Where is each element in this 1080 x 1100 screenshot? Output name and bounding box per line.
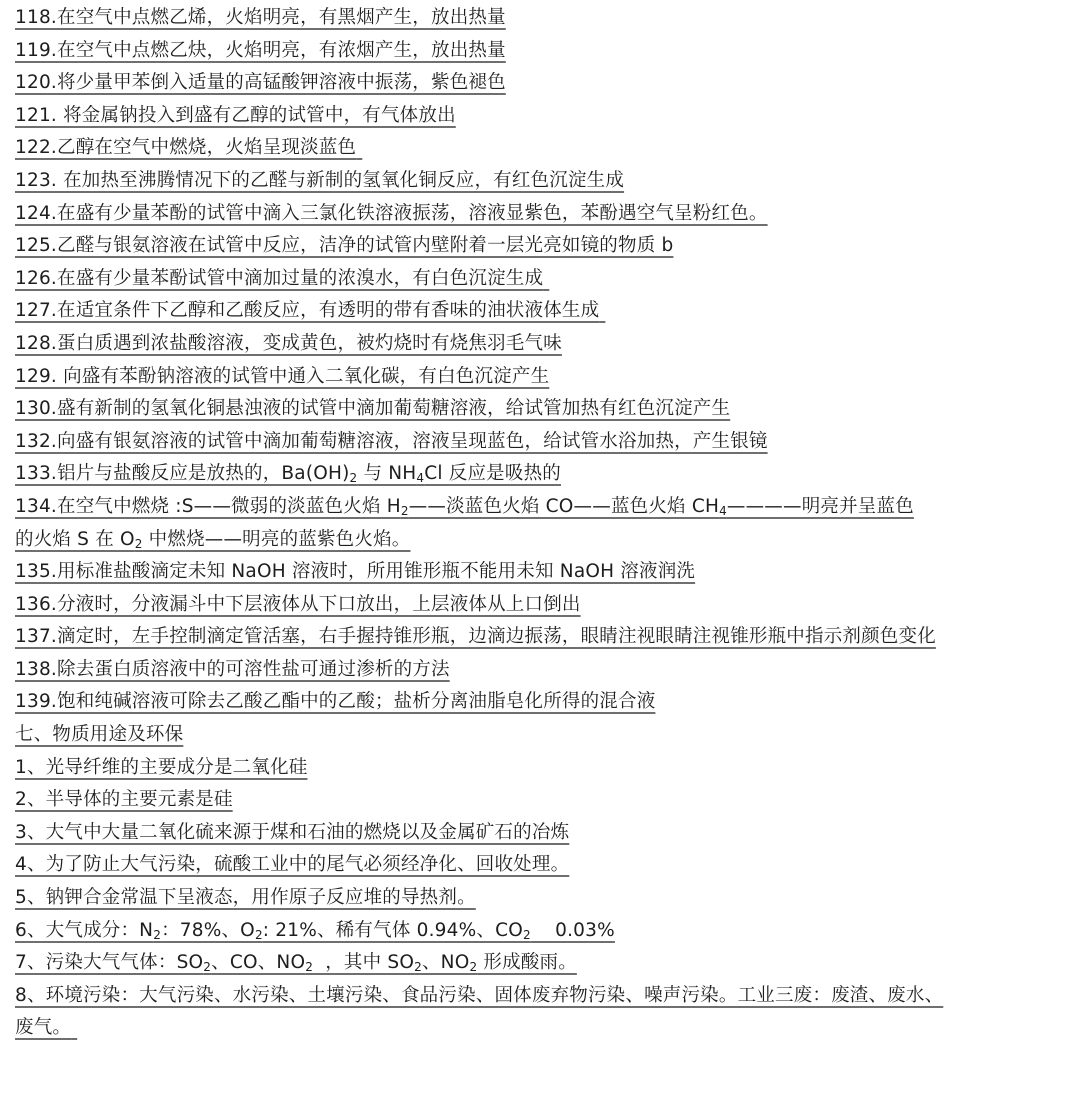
item-text: 124.在盛有少量苯酚的试管中滴入三氯化铁溶液振荡，溶液显紫色，苯酚遇空气呈粉红… — [15, 203, 768, 224]
section-title-text: 七、物质用途及环保 — [15, 724, 183, 745]
item-text: 139.饱和纯碱溶液可除去乙酸乙酯中的乙酸；盐析分离油脂皂化所得的混合液 — [15, 691, 655, 712]
item-text: 的火焰 S 在 O2 中燃烧——明亮的蓝紫色火焰。 — [15, 529, 410, 550]
item-125: 125.乙醛与银氨溶液在试管中反应，洁净的试管内壁附着一层光亮如镜的物质 b — [15, 230, 1065, 263]
item-text: 136.分液时，分液漏斗中下层液体从下口放出，上层液体从上口倒出 — [15, 594, 581, 615]
item-120: 120.将少量甲苯倒入适量的高锰酸钾溶液中振荡，紫色褪色 — [15, 67, 1065, 100]
underline-pad — [71, 1012, 89, 1045]
item-text: 4、为了防止大气污染，硫酸工业中的尾气必须经净化、回收处理。 — [15, 854, 569, 875]
item-text: 1、光导纤维的主要成分是二氧化硅 — [15, 757, 307, 778]
item-text: 123. 在加热至沸腾情况下的乙醛与新制的氢氧化铜反应，有红色沉淀生成 — [15, 170, 624, 191]
item-text: 127.在适宜条件下乙醇和乙酸反应，有透明的带有香味的油状液体生成 — [15, 300, 599, 321]
item-text: 130.盛有新制的氢氧化铜悬浊液的试管中滴加葡萄糖溶液，给试管加热有红色沉淀产生 — [15, 398, 730, 419]
section-item-7: 7、污染大气气体：SO2、CO、NO2 ，其中 SO2、NO2 形成酸雨。 — [15, 947, 1065, 980]
item-text: 8、环境污染：大气污染、水污染、土壤污染、食品污染、固体废弃物污染、噪声污染。工… — [15, 985, 943, 1006]
item-124: 124.在盛有少量苯酚的试管中滴入三氯化铁溶液振荡，溶液显紫色，苯酚遇空气呈粉红… — [15, 198, 1065, 231]
item-134-continued: 的火焰 S 在 O2 中燃烧——明亮的蓝紫色火焰。 — [15, 524, 1065, 557]
underline-pad — [356, 132, 370, 165]
subscript: 2 — [255, 928, 263, 942]
item-137: 137.滴定时，左手控制滴定管活塞，右手握持锥形瓶，边滴边振荡，眼睛注视眼睛注视… — [15, 621, 1065, 654]
item-118: 118.在空气中点燃乙烯，火焰明亮，有黑烟产生，放出热量 — [15, 2, 1065, 35]
subscript: 4 — [719, 504, 727, 518]
item-119: 119.在空气中点燃乙炔，火焰明亮，有浓烟产生，放出热量 — [15, 35, 1065, 68]
item-text: 120.将少量甲苯倒入适量的高锰酸钾溶液中振荡，紫色褪色 — [15, 72, 506, 93]
item-132: 132.向盛有银氨溶液的试管中滴加葡萄糖溶液，溶液呈现蓝色，给试管水浴加热，产生… — [15, 426, 1065, 459]
item-text: 121. 将金属钠投入到盛有乙醇的试管中，有气体放出 — [15, 105, 456, 126]
section-item-8-continued: 废气。 — [15, 1012, 1065, 1045]
item-133: 133.铝片与盐酸反应是放热的，Ba(OH)2 与 NH4Cl 反应是吸热的 — [15, 458, 1065, 491]
section-item-1: 1、光导纤维的主要成分是二氧化硅 — [15, 752, 1065, 785]
item-text: 137.滴定时，左手控制滴定管活塞，右手握持锥形瓶，边滴边振荡，眼睛注视眼睛注视… — [15, 626, 936, 647]
subscript: 2 — [135, 537, 143, 551]
item-text: 134.在空气中燃烧 :S——微弱的淡蓝色火焰 H2——淡蓝色火焰 CO——蓝色… — [15, 496, 914, 517]
item-text: 125.乙醛与银氨溶液在试管中反应，洁净的试管内壁附着一层光亮如镜的物质 b — [15, 235, 673, 256]
section-item-5: 5、钠钾合金常温下呈液态，用作原子反应堆的导热剂。 — [15, 882, 1065, 915]
item-text: 3、大气中大量二氧化硫来源于煤和石油的燃烧以及金属矿石的冶炼 — [15, 822, 569, 843]
item-text: 138.除去蛋白质溶液中的可溶性盐可通过渗析的方法 — [15, 659, 450, 680]
item-text: 133.铝片与盐酸反应是放热的，Ba(OH)2 与 NH4Cl 反应是吸热的 — [15, 463, 561, 484]
section-item-6: 6、大气成分：N2：78%、O2: 21%、稀有气体 0.94%、CO2 0.0… — [15, 915, 1065, 948]
section-item-3: 3、大气中大量二氧化硫来源于煤和石油的燃烧以及金属矿石的冶炼 — [15, 817, 1065, 850]
item-text: 5、钠钾合金常温下呈液态，用作原子反应堆的导热剂。 — [15, 887, 476, 908]
subscript: 2 — [305, 960, 313, 974]
item-text: 128.蛋白质遇到浓盐酸溶液，变成黄色，被灼烧时有烧焦羽毛气味 — [15, 333, 562, 354]
item-134: 134.在空气中燃烧 :S——微弱的淡蓝色火焰 H2——淡蓝色火焰 CO——蓝色… — [15, 491, 1065, 524]
underline-pad — [599, 295, 609, 328]
item-text: 6、大气成分：N2：78%、O2: 21%、稀有气体 0.94%、CO2 0.0… — [15, 920, 615, 941]
item-121: 121. 将金属钠投入到盛有乙醇的试管中，有气体放出 — [15, 100, 1065, 133]
subscript: 2 — [203, 960, 211, 974]
underline-pad — [543, 263, 553, 296]
item-text: 废气。 — [15, 1017, 71, 1038]
section-item-4: 4、为了防止大气污染，硫酸工业中的尾气必须经净化、回收处理。 — [15, 849, 1065, 882]
item-129: 129. 向盛有苯酚钠溶液的试管中通入二氧化碳，有白色沉淀产生 — [15, 361, 1065, 394]
item-text: 119.在空气中点燃乙炔，火焰明亮，有浓烟产生，放出热量 — [15, 40, 506, 61]
item-text: 132.向盛有银氨溶液的试管中滴加葡萄糖溶液，溶液呈现蓝色，给试管水浴加热，产生… — [15, 431, 768, 452]
item-text: 7、污染大气气体：SO2、CO、NO2 ，其中 SO2、NO2 形成酸雨。 — [15, 952, 577, 973]
item-136: 136.分液时，分液漏斗中下层液体从下口放出，上层液体从上口倒出 — [15, 589, 1065, 622]
subscript: 2 — [153, 928, 161, 942]
item-135: 135.用标准盐酸滴定未知 NaOH 溶液时，所用锥形瓶不能用未知 NaOH 溶… — [15, 556, 1065, 589]
item-text: 122.乙醇在空气中燃烧，火焰呈现淡蓝色 — [15, 137, 356, 158]
section-title: 七、物质用途及环保 — [15, 719, 1065, 752]
item-text: 129. 向盛有苯酚钠溶液的试管中通入二氧化碳，有白色沉淀产生 — [15, 366, 549, 387]
item-139: 139.饱和纯碱溶液可除去乙酸乙酯中的乙酸；盐析分离油脂皂化所得的混合液 — [15, 686, 1065, 719]
item-text: 126.在盛有少量苯酚试管中滴加过量的浓溴水，有白色沉淀生成 — [15, 268, 543, 289]
item-123: 123. 在加热至沸腾情况下的乙醛与新制的氢氧化铜反应，有红色沉淀生成 — [15, 165, 1065, 198]
item-text: 118.在空气中点燃乙烯，火焰明亮，有黑烟产生，放出热量 — [15, 7, 506, 28]
item-text: 2、半导体的主要元素是硅 — [15, 789, 233, 810]
item-130: 130.盛有新制的氢氧化铜悬浊液的试管中滴加葡萄糖溶液，给试管加热有红色沉淀产生 — [15, 393, 1065, 426]
document-page: 118.在空气中点燃乙烯，火焰明亮，有黑烟产生，放出热量 119.在空气中点燃乙… — [0, 0, 1065, 1045]
item-122: 122.乙醇在空气中燃烧，火焰呈现淡蓝色 — [15, 132, 1065, 165]
subscript: 2 — [523, 928, 531, 942]
item-126: 126.在盛有少量苯酚试管中滴加过量的浓溴水，有白色沉淀生成 — [15, 263, 1065, 296]
item-text: 135.用标准盐酸滴定未知 NaOH 溶液时，所用锥形瓶不能用未知 NaOH 溶… — [15, 561, 695, 582]
section-item-2: 2、半导体的主要元素是硅 — [15, 784, 1065, 817]
item-127: 127.在适宜条件下乙醇和乙酸反应，有透明的带有香味的油状液体生成 — [15, 295, 1065, 328]
subscript: 2 — [401, 504, 409, 518]
section-item-8: 8、环境污染：大气污染、水污染、土壤污染、食品污染、固体废弃物污染、噪声污染。工… — [15, 980, 1065, 1013]
item-128: 128.蛋白质遇到浓盐酸溶液，变成黄色，被灼烧时有烧焦羽毛气味 — [15, 328, 1065, 361]
subscript: 2 — [414, 960, 422, 974]
item-138: 138.除去蛋白质溶液中的可溶性盐可通过渗析的方法 — [15, 654, 1065, 687]
